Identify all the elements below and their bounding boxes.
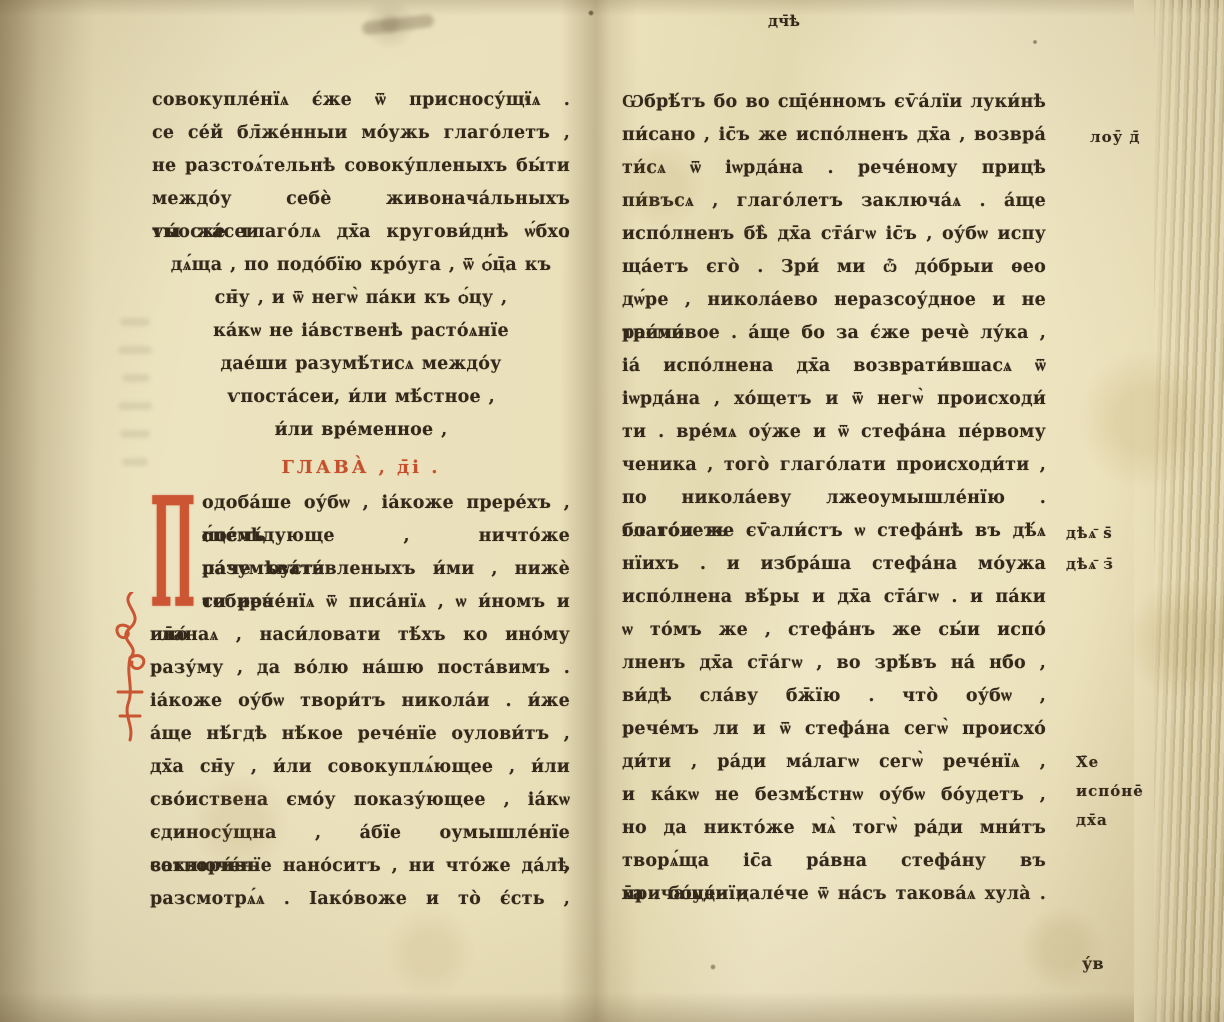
margin-note-text: испо́не̄	[1076, 777, 1144, 806]
text-line: іа́ испо́лнена дх̄а возврати́вшасѧ ѿ	[622, 350, 1046, 383]
text-line: ти . вре́мѧ оу́же и ѿ стефа́на пе́рвому	[622, 416, 1046, 449]
initial-ornament	[108, 592, 156, 742]
text-line: три́ливое . а́ще бо за є́же речѐ лу́ка ,	[622, 317, 1046, 350]
text-line: бо то́и же єѵ̄али́стъ ѡ стефа́нѣ въ дѣ́ѧ	[622, 515, 1046, 548]
text-line: ѵпоста́сеи, и́ли мѣ́стное ,	[152, 381, 570, 414]
text-line: єдиносу́щна , а́бїе оумышле́нїе сотвори́…	[150, 817, 570, 850]
text-line: ви́дѣ сла́ву бж̄їю . что̀ оу́бѡ ,	[622, 680, 1046, 713]
text-line: ти́сѧ ѿ іѡрда́на . рече́ному прицѣ	[622, 152, 1046, 185]
margin-note-text: дх̄а	[1076, 806, 1144, 835]
text-line: одоба́ше оу́бѡ , іа́коже прере́хъ , ѻ́це…	[150, 487, 570, 520]
text-line: Ѡбрѣ́тъ бо во сщ̄е́нномъ єѵ̄а́лїи луки́н…	[622, 86, 1046, 119]
margin-note-text: дѣѧ̄ ѕ̄	[1066, 518, 1114, 549]
left-paragraph-2: П одоба́ше оу́бѡ , іа́коже прере́хъ , ѻ́…	[150, 487, 570, 916]
left-page-edge-shading	[0, 0, 95, 1022]
text-line: испо́лнена вѣ́ры и дх̄а ст̄а́гѡ . и па́к…	[622, 581, 1046, 614]
bleed-through-mark	[122, 458, 148, 466]
text-line: нїихъ . и избра́ша стефа́на мо́ужа	[622, 548, 1046, 581]
right-page-edges-fade	[1134, 0, 1184, 1022]
text-line: іѡрда́на , хо́щетъ и ѿ негѡ̀ происходи́	[622, 383, 1046, 416]
text-line: рече́мъ ли и ѿ стефа́на сегѡ̀ происхо́	[622, 713, 1046, 746]
left-paragraph-1: совокупле́нїѧ є́же ѿ присносу́щїѧ . се с…	[152, 84, 570, 447]
margin-note-text: лоӯ д̄	[1090, 122, 1140, 153]
margin-note-acts: дѣѧ̄ ѕ̄ дѣѧ̄ з̄	[1066, 518, 1114, 580]
drop-cap-letter: П	[150, 487, 196, 619]
text-line: ченика , того̀ глаго́лати происходи́ти ,	[622, 449, 1046, 482]
book-spread: дч̄ѣ совокупле́нїѧ є́же ѿ присносу́щїѧ .…	[0, 0, 1224, 1022]
text-line: па́че оуста́вленыхъ и́ми , нижѐ собира́	[150, 553, 570, 586]
right-page-text: Ѡбрѣ́тъ бо во сщ̄е́нномъ єѵ̄а́лїи луки́н…	[622, 86, 1046, 911]
text-line: сн̄у , и ѿ негѡ̀ па́ки къ ѻ́цу ,	[152, 282, 570, 315]
text-line: но да никто́же мѧ̀ тогѡ̀ ра́ди мни́тъ	[622, 812, 1046, 845]
catchword: у́в	[1082, 954, 1104, 973]
folio-number: дч̄ѣ	[744, 12, 824, 30]
text-line: ти рече́нїѧ ѿ писа́нїѧ , ѡ и́номъ и ино́	[150, 586, 570, 619]
text-line: дае́ши разумѣ́тисѧ междо́у	[152, 348, 570, 381]
text-line: ты́ же глаго́лѧ дх̄а кругови́днѣ ѡ́бхо	[152, 216, 570, 249]
text-line: ѡ то́мъ же , стефа́нъ же сы́и испо́	[622, 614, 1046, 647]
text-line: разсмотрѧ́ѧ . Іако́воже и то̀ є́сть ,	[150, 883, 570, 916]
bleed-through-mark	[120, 318, 150, 326]
text-line: дѡ́ре , никола́ево неразсоу́дное и не ра…	[622, 284, 1046, 317]
text-line: ди́ти , ра́ди ма́лагѡ сегѡ̀ рече́нїѧ ,	[622, 746, 1046, 779]
text-line: лненъ дх̄а ст̄а́гѡ , во зрѣ́въ на́ нб̄о …	[622, 647, 1046, 680]
text-line: пи́сано , іс̄ъ же испо́лненъ дх̄а , возв…	[622, 119, 1046, 152]
bleed-through-mark	[120, 430, 150, 438]
text-line: іа́коже оу́бѡ твори́тъ никола́и . и́же	[150, 685, 570, 718]
bleed-through-mark	[118, 346, 152, 354]
margin-note-text: дѣѧ̄ з̄	[1066, 549, 1114, 580]
text-line: гл̄анаѧ , наси́ловати тѣ́хъ ко ино́му	[150, 619, 570, 652]
text-line: се се́й бл̄же́нныи мо́ужь глаго́летъ ,	[152, 117, 570, 150]
text-line: а́ще нѣ́гдѣ нѣ́кое рече́нїе оулови́тъ ,	[150, 718, 570, 751]
drop-cap-initial: П	[150, 487, 196, 619]
bleed-through-mark	[122, 374, 150, 382]
chapter-heading: ГЛАВА̀ , д̄і .	[152, 453, 570, 483]
margin-note-luke: лоӯ д̄	[1090, 122, 1140, 153]
margin-note-christ: Х̄е испо́не̄ дх̄а	[1076, 748, 1144, 835]
text-line: совокупле́нїѧ є́же ѿ присносу́щїѧ .	[152, 84, 570, 117]
text-line: х̄а . бо́уди дале́че ѿ на́съ такова́ѧ ху…	[622, 878, 1046, 911]
text-line: испо́лненъ бѣ̀ дх̄а ст̄а́гѡ іс̄ъ , оу́бѡ…	[622, 218, 1046, 251]
text-line: ка́кѡ не іа́вственѣ расто́ѧнїе	[152, 315, 570, 348]
text-line: послѣ́дующе , ничто́же разумѣва́ти	[150, 520, 570, 553]
text-line: ща́етъ єго̀ . Зри́ ми ѽ до́брыи ѳео	[622, 251, 1046, 284]
text-line: дх̄а сн̄у , и́ли совокуплѧ́ющее , и́ли	[150, 751, 570, 784]
text-line: и ка́кѡ не безмѣ́стнѡ оу́бѡ бо́удетъ ,	[622, 779, 1046, 812]
margin-note-text: Х̄е	[1076, 748, 1144, 777]
text-line: не разстоѧ́тельнѣ совоку́пленыхъ бы́ти	[152, 150, 570, 183]
text-line: заключе́нїе нано́ситъ , ни что́же да́лѣ	[150, 850, 570, 883]
bleed-through-mark	[118, 402, 152, 410]
text-line: сво́иствена ємо́у показу́ющее , іа́кѡ	[150, 784, 570, 817]
text-line: пи́въсѧ , глаго́летъ заключа́ѧ . а́ще	[622, 185, 1046, 218]
text-line: и́ли вре́менное ,	[152, 414, 570, 447]
text-line: творѧ́ща іс̄а ра́вна стефа́ну въ причаще…	[622, 845, 1046, 878]
ink-smudge	[361, 14, 434, 36]
text-line: разу́му , да во́лю на́шю поста́вимъ .	[150, 652, 570, 685]
text-line: по никола́еву лжеоумышле́нїю . глаго́лет…	[622, 482, 1046, 515]
text-line: междо́у себѐ живонача́льныхъ ѵпоста́сеи …	[152, 183, 570, 216]
text-line: дѧ́ща , по подо́бїю кро́уга , ѿ ѻ́ц̄а къ	[152, 249, 570, 282]
